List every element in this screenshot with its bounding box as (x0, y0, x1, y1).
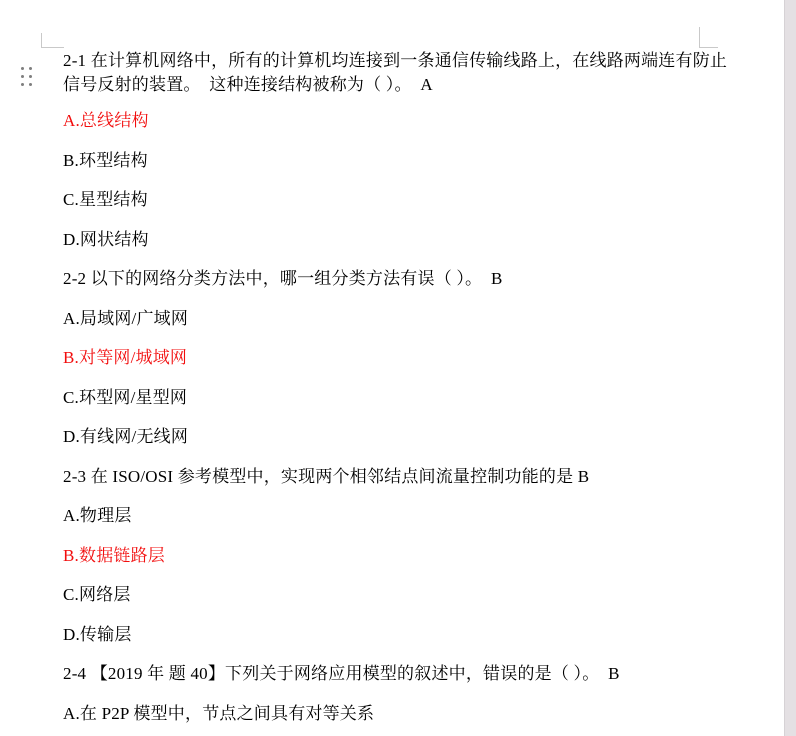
document-page: 2-1 在计算机网络中，所有的计算机均连接到一条通信传输线路上，在线路两端连有防… (0, 0, 796, 736)
question-2-2-option-b: B.对等网/城域网 (63, 347, 187, 368)
question-2-2-option-c: C.环型网/星型网 (63, 387, 187, 408)
app-background-gutter (784, 0, 796, 736)
drag-handle-dot (29, 75, 32, 78)
question-2-3-line-1: 2-3 在 ISO/OSI 参考模型中，实现两个相邻结点间流量控制功能的是 B (63, 466, 589, 487)
question-2-2-option-d: D.有线网/无线网 (63, 426, 188, 447)
question-2-2-option-a: A.局域网/广域网 (63, 308, 188, 329)
crop-mark-top-right-icon (699, 27, 718, 48)
question-2-1-option-c: C.星型结构 (63, 189, 148, 210)
question-2-3-option-b: B.数据链路层 (63, 545, 165, 566)
question-2-2-line-1: 2-2 以下的网络分类方法中，哪一组分类方法有误（ ）。 B (63, 268, 503, 289)
drag-handle-dot (29, 67, 32, 70)
question-2-3-option-c: C.网络层 (63, 584, 131, 605)
drag-handle-dot (21, 75, 24, 78)
question-2-1-line-1: 2-1 在计算机网络中，所有的计算机均连接到一条通信传输线路上，在线路两端连有防… (63, 50, 727, 71)
question-2-3-option-d: D.传输层 (63, 624, 132, 645)
question-2-1-option-a: A.总线结构 (63, 110, 149, 131)
question-2-4-option-a: A.在 P2P 模型中，节点之间具有对等关系 (63, 703, 374, 724)
drag-handle-dot (21, 83, 24, 86)
question-2-1-line-2: 信号反射的装置。 这种连接结构被称为（ ）。 A (63, 74, 433, 95)
drag-handle-icon[interactable] (21, 67, 32, 86)
drag-handle-dot (29, 83, 32, 86)
question-2-1-option-d: D.网状结构 (63, 229, 149, 250)
drag-handle-dot (21, 67, 24, 70)
question-2-3-option-a: A.物理层 (63, 505, 132, 526)
crop-mark-top-left-icon (41, 33, 64, 48)
question-2-4-line-1: 2-4 【2019 年 题 40】下列关于网络应用模型的叙述中，错误的是（ ）。… (63, 663, 620, 684)
question-2-1-option-b: B.环型结构 (63, 150, 148, 171)
